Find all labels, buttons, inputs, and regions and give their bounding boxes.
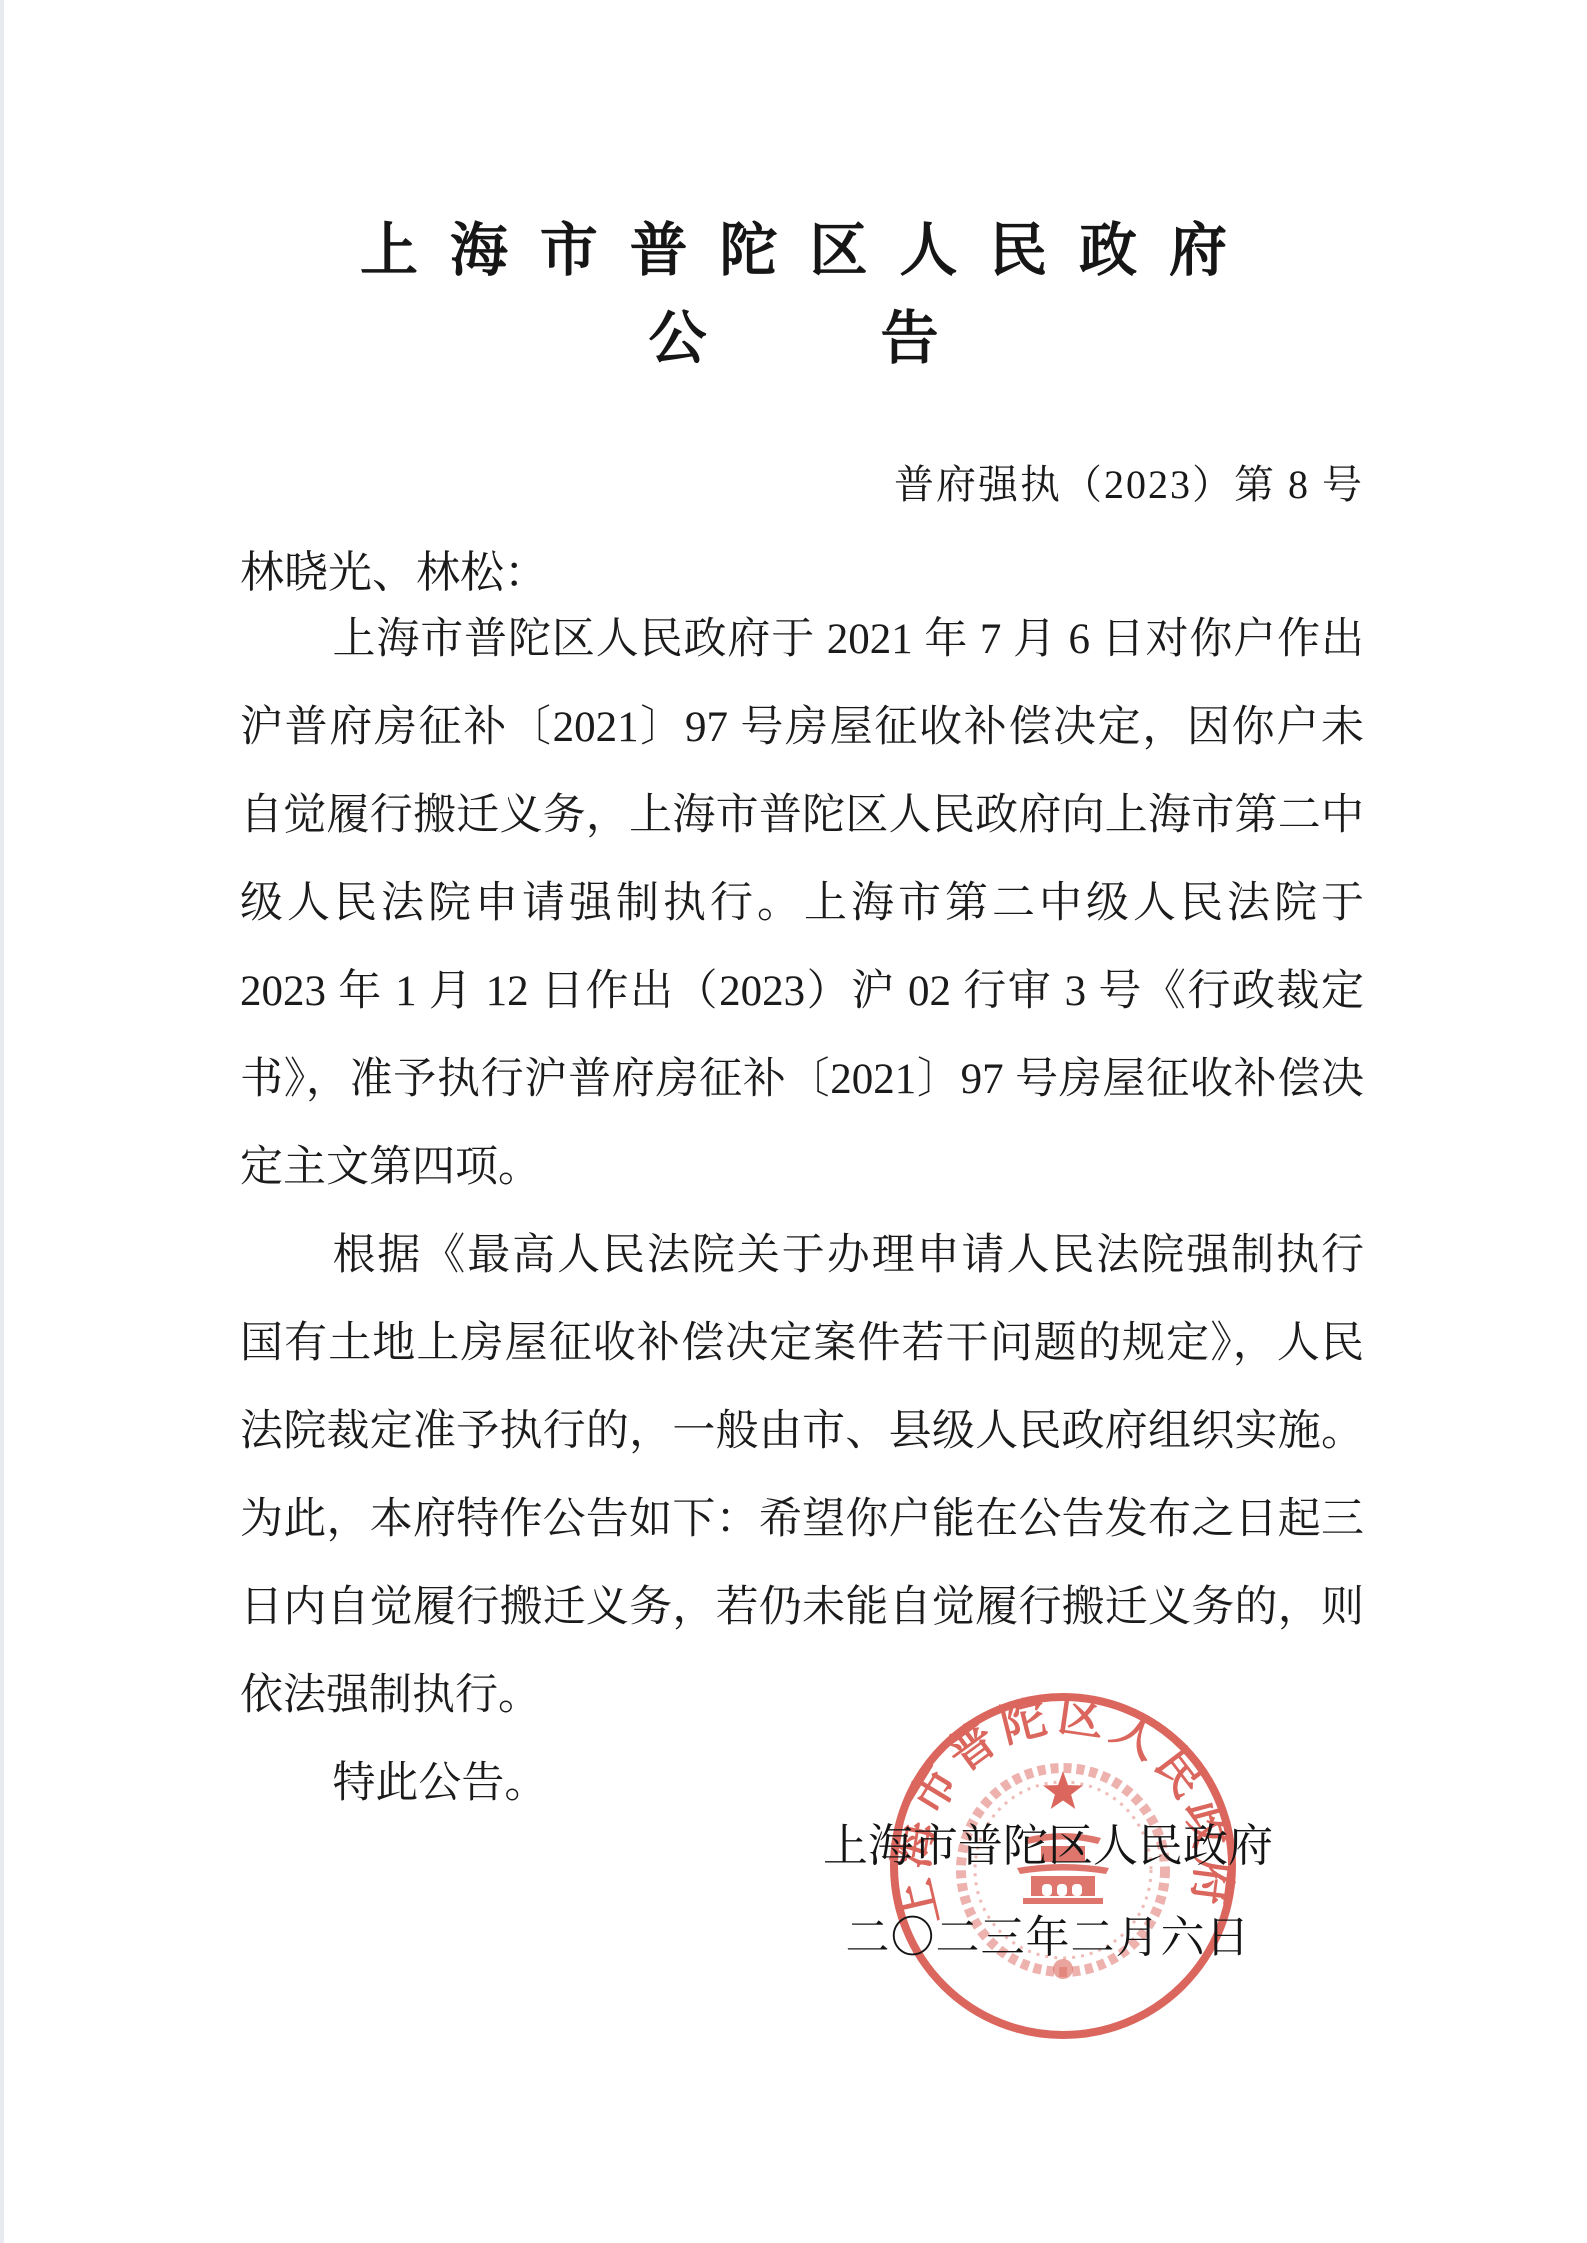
org-title: 上海市普陀区人民政府 xyxy=(0,203,1587,287)
signature-date: 二〇二三年二月六日 xyxy=(748,1912,1348,1964)
announcement-title: 公 告 xyxy=(0,291,1587,375)
announcement-page: 上海市普陀区人民政府 公 告 普府强执（2023）第 8 号 林晓光、林松： 上… xyxy=(0,0,1587,2243)
addressee: 林晓光、林松： xyxy=(240,536,548,600)
announcement-body: 上海市普陀区人民政府于 2021 年 7 月 6 日对你户作出沪普府房征补〔20… xyxy=(240,596,1364,1828)
doc-number: 普府强执（2023）第 8 号 xyxy=(240,453,1364,510)
signature-block: 上海市普陀区人民政府 二〇二三年二月六日 xyxy=(748,1820,1348,1964)
signature: 上海市普陀区人民政府 xyxy=(748,1820,1348,1872)
paragraph: 根据《最高人民法院关于办理申请人民法院强制执行国有土地上房屋征收补偿决定案件若干… xyxy=(240,1212,1364,1740)
paragraph: 上海市普陀区人民政府于 2021 年 7 月 6 日对你户作出沪普府房征补〔20… xyxy=(240,596,1364,1212)
seal-star-icon xyxy=(1043,1771,1083,1809)
